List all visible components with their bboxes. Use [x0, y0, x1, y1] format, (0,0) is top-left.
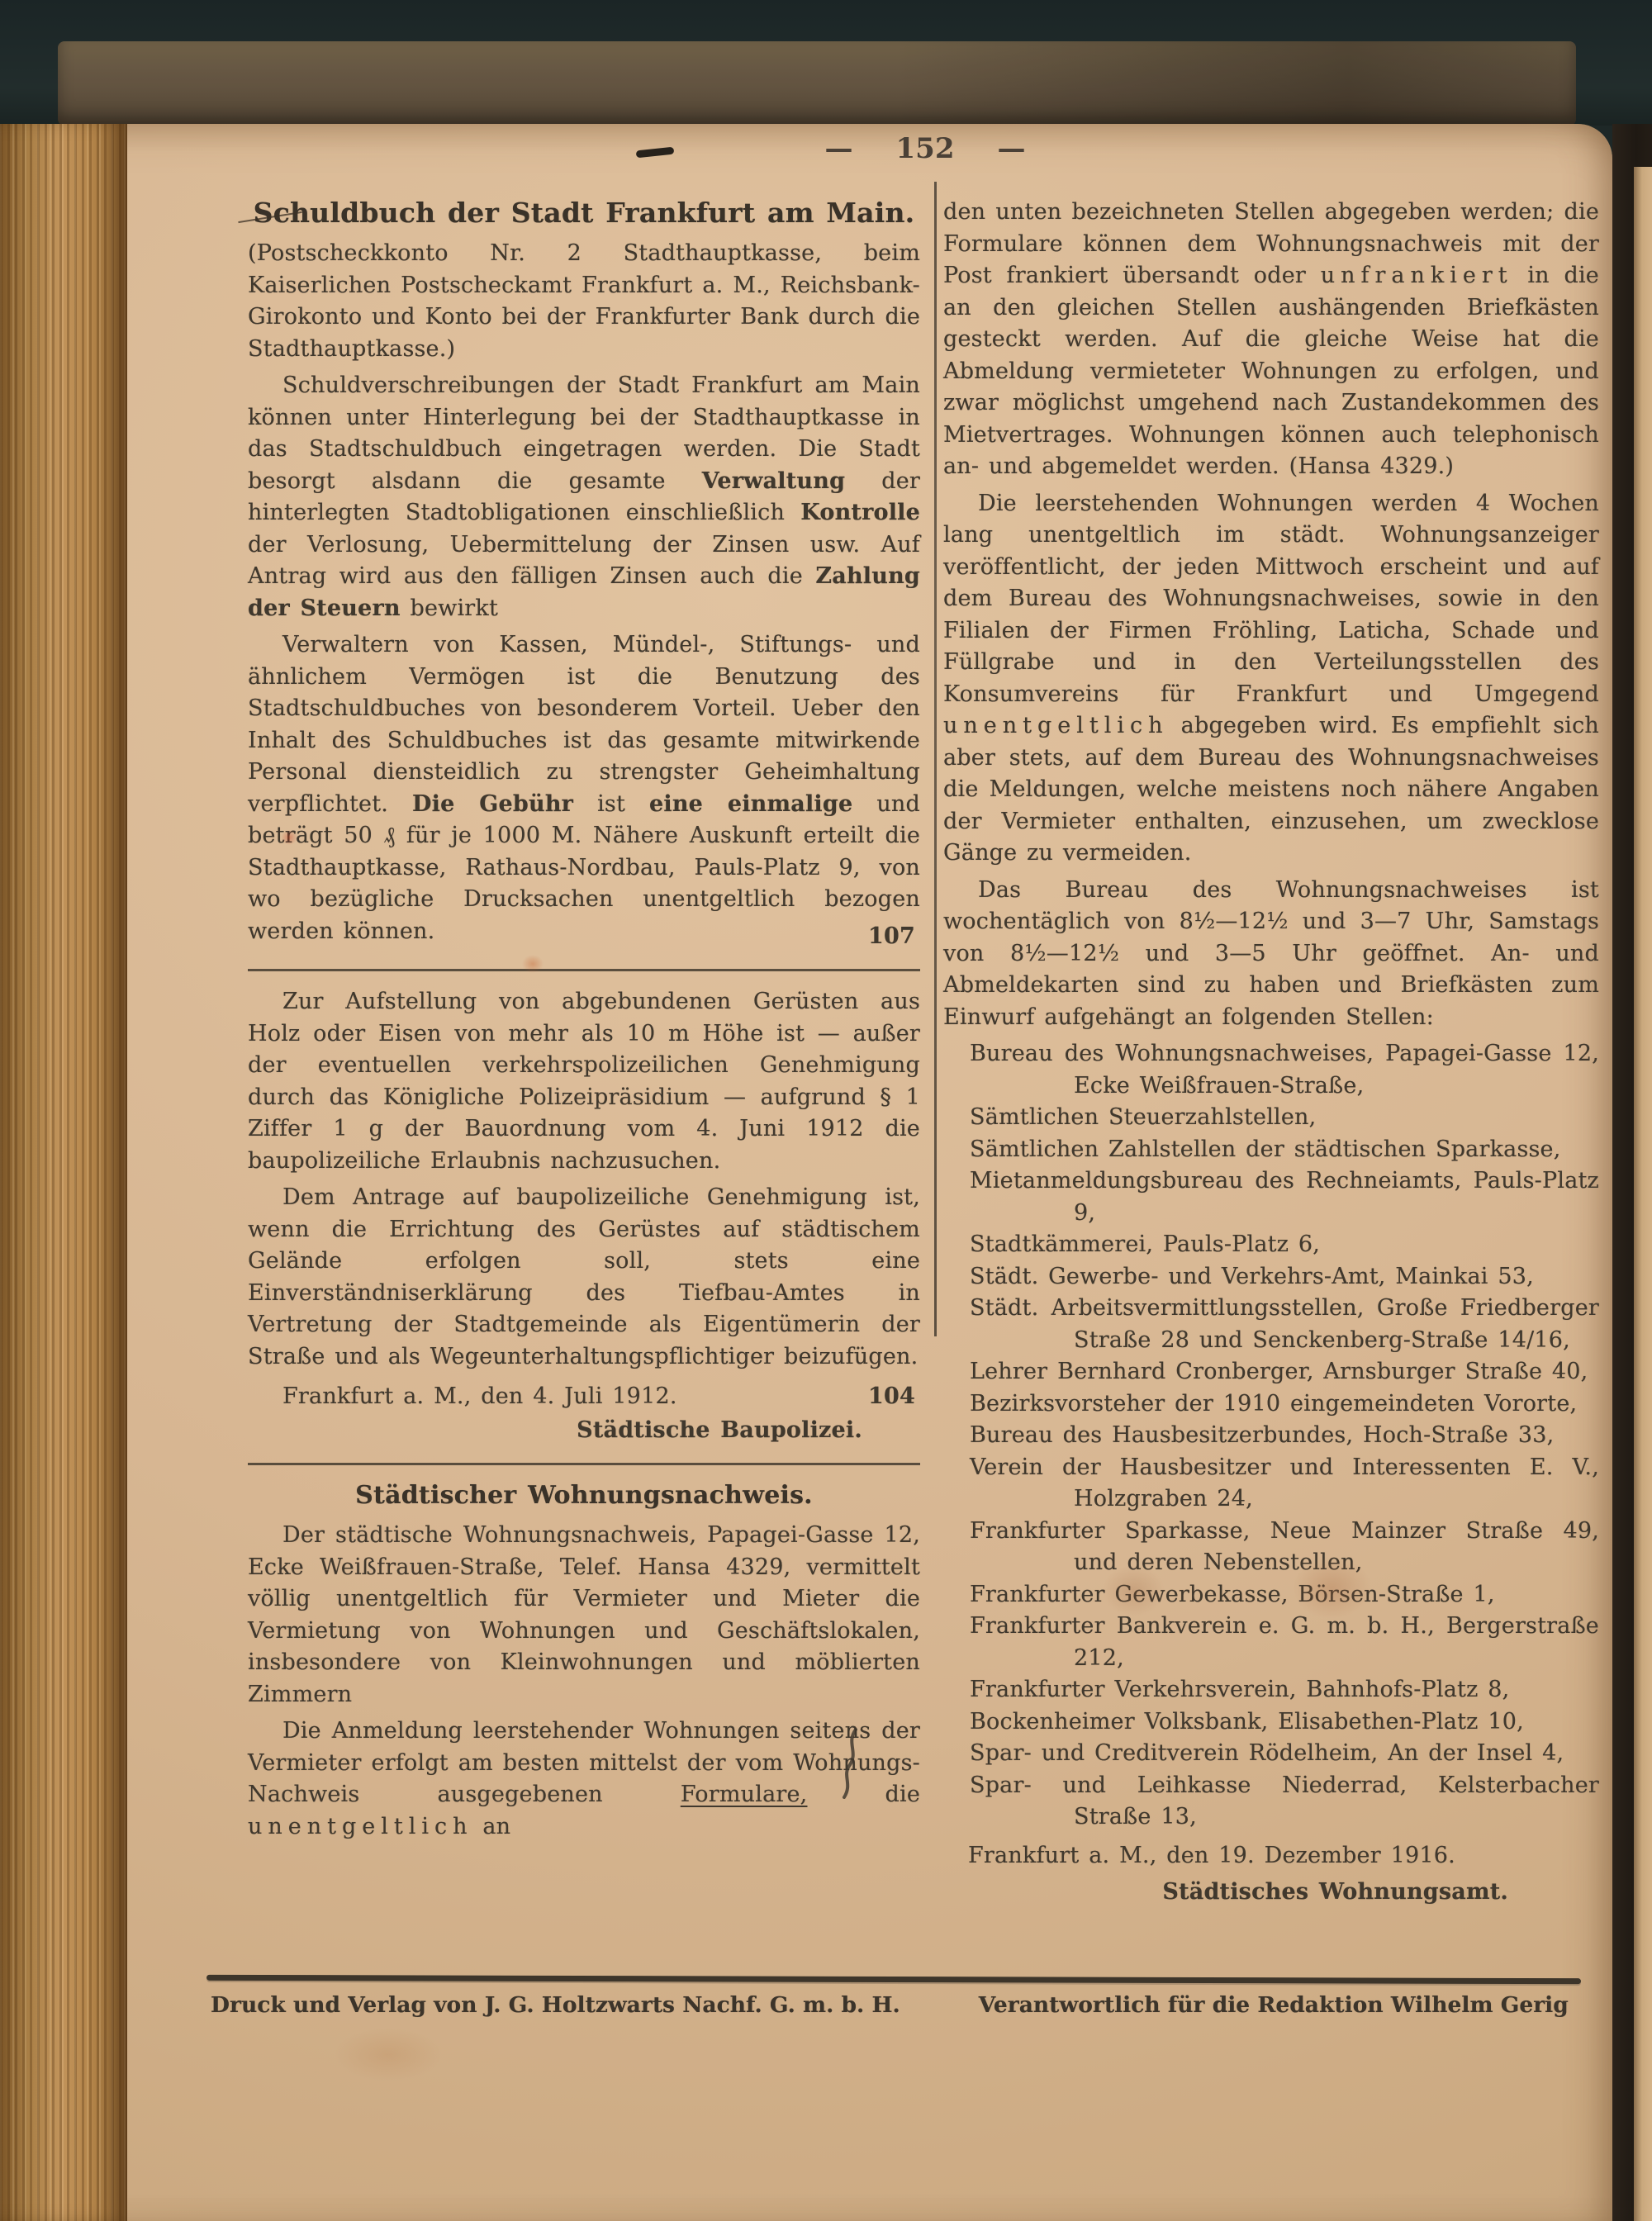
article1-intro: (Postscheckkonto Nr. 2 Stadthauptkasse, …	[248, 238, 920, 365]
text-run: an	[473, 1814, 511, 1839]
section-divider	[248, 969, 920, 971]
station-item: Frankfurter Verkehrsverein, Bahnhofs-Pla…	[943, 1674, 1599, 1706]
station-item: Verein der Hausbesitzer und Interessente…	[943, 1452, 1599, 1516]
station-item: Bezirksvorsteher der 1910 eingemeindeten…	[943, 1388, 1599, 1421]
folio-header: —152—	[231, 132, 1619, 165]
bold-run: eine einmalige	[649, 791, 852, 817]
page-surface: —152— Schuldbuch der Stadt Frankfurt am …	[17, 124, 1612, 2221]
article3-paragraph1: Der städtische Wohnungsnachweis, Papagei…	[248, 1520, 920, 1711]
station-item: Frankfurter Sparkasse, Neue Mainzer Stra…	[943, 1516, 1599, 1579]
folio-dash-right: —	[997, 132, 1025, 165]
station-item: Spar- und Creditverein Rödelheim, An der…	[943, 1738, 1599, 1770]
station-item: Mietanmeldungsbureau des Rechneiamts, Pa…	[943, 1165, 1599, 1229]
article2-signature: Städtische Baupolizei.	[248, 1415, 920, 1447]
station-item: Sämtlichen Zahlstellen der städtischen S…	[943, 1134, 1599, 1166]
column-divider-rule	[934, 182, 937, 1336]
spaced-run: unentgeltlich	[248, 1814, 473, 1839]
station-item: Sämtlichen Steuerzahlstellen,	[943, 1102, 1599, 1134]
right-signature: Städtisches Wohnungsamt.	[943, 1877, 1599, 1909]
stain	[335, 2028, 442, 2081]
text-run: Verwaltern von Kassen, Mündel-, Stiftung…	[248, 632, 920, 817]
text-run: ist	[573, 791, 649, 817]
station-item: Spar- und Leihkasse Niederrad, Kelsterba…	[943, 1770, 1599, 1834]
station-item: Bureau des Wohnungsnachweises, Papagei-G…	[943, 1038, 1599, 1102]
text-run: in die an den gleichen Stellen aushängen…	[943, 263, 1599, 479]
text-run: bewirkt	[401, 596, 498, 621]
spaced-run: unfrankiert	[1321, 263, 1513, 288]
bold-run: Verwaltung	[702, 468, 845, 494]
right-column: den unten bezeichneten Stellen abgegeben…	[943, 197, 1599, 1914]
article2-paragraph1: Zur Aufstellung von abgebundenen Gerüste…	[248, 986, 920, 1177]
right-paragraph1: den unten bezeichneten Stellen abgegeben…	[943, 197, 1599, 483]
page-number: 152	[896, 132, 955, 165]
station-item: Stadtkämmerei, Pauls-Platz 6,	[943, 1229, 1599, 1261]
right-paragraph3: Das Bureau des Wohnungsnachweises ist wo…	[943, 875, 1599, 1034]
station-item: Städt. Gewerbe- und Verkehrs-Amt, Mainka…	[943, 1261, 1599, 1293]
reference-number: 107	[868, 923, 915, 949]
book-spine-page-block	[0, 124, 127, 2221]
binding-tape	[58, 41, 1576, 126]
station-item: Bureau des Hausbesitzerbundes, Hoch-Stra…	[943, 1420, 1599, 1452]
station-list: Bureau des Wohnungsnachweises, Papagei-G…	[943, 1038, 1599, 1834]
underlined-run: Formulare,	[681, 1782, 808, 1807]
section-divider	[248, 1463, 920, 1465]
footer-responsible: Verantwortlich für die Redaktion Wilhelm…	[979, 1992, 1569, 2018]
folio-dash-left: —	[825, 132, 853, 165]
article1-paragraph2: Verwaltern von Kassen, Mündel-, Stiftung…	[248, 629, 920, 947]
station-item: Städt. Arbeitsvermittlungsstellen, Große…	[943, 1293, 1599, 1356]
right-dateline: Frankfurt a. M., den 19. Dezember 1916.	[943, 1840, 1599, 1872]
dateline: Frankfurt a. M., den 4. Juli 1912.	[248, 1381, 677, 1413]
article2-dateline-row: Frankfurt a. M., den 4. Juli 1912. 104	[248, 1381, 920, 1413]
footer-imprint: Druck und Verlag von J. G. Holtzwarts Na…	[211, 1992, 900, 2018]
left-column: Schuldbuch der Stadt Frankfurt am Main. …	[248, 197, 920, 1848]
footer-rule	[206, 1975, 1581, 1984]
text-run: Die leerstehenden Wohnungen werden 4 Woc…	[943, 491, 1599, 707]
footer: Druck und Verlag von J. G. Holtzwarts Na…	[211, 1992, 1582, 2018]
article1-title: Schuldbuch der Stadt Frankfurt am Main.	[248, 197, 920, 230]
right-paragraph2: Die leerstehenden Wohnungen werden 4 Woc…	[943, 488, 1599, 870]
next-page-edge	[1634, 167, 1652, 2221]
scanned-gazette-page: { "folio": { "dash_left": "—", "number":…	[0, 0, 1652, 2221]
station-item: Lehrer Bernhard Cronberger, Arnsburger S…	[943, 1356, 1599, 1388]
bold-run: Kontrolle	[800, 500, 920, 525]
station-item: Frankfurter Gewerbekasse, Börsen-Straße …	[943, 1579, 1599, 1611]
article3-title: Städtischer Wohnungsnachweis.	[248, 1480, 920, 1512]
article3-paragraph2: Die Anmeldung leerstehender Wohnungen se…	[248, 1716, 920, 1843]
station-item: Frankfurter Bankverein e. G. m. b. H., B…	[943, 1611, 1599, 1674]
article1-paragraph1: Schuldverschreibungen der Stadt Frankfur…	[248, 370, 920, 624]
ink-squiggle-mark	[831, 1728, 867, 1799]
article2-paragraph2: Dem Antrage auf baupolizeiliche Genehmig…	[248, 1182, 920, 1373]
reference-number: 104	[868, 1381, 920, 1413]
spaced-run: unentgeltlich	[943, 713, 1169, 738]
station-item: Bockenheimer Volksbank, Elisabethen-Plat…	[943, 1706, 1599, 1739]
bold-run: Die Gebühr	[412, 791, 573, 817]
